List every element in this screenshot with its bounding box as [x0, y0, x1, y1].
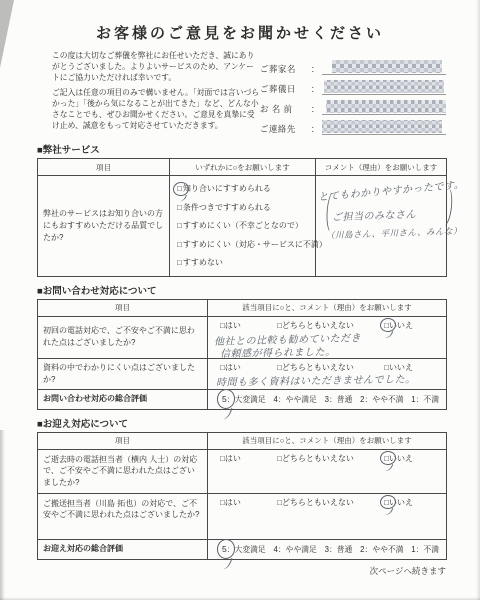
question-text: 弊社のサービスはお知り合いの方にもおすすめいただける品質でしたか? — [38, 176, 170, 277]
checkbox-icon: □ — [177, 221, 182, 230]
table-header-row: 項目 該当項目に○と、コメント（理由）をお願いします — [38, 432, 447, 449]
option-no-recommend: □すすめない — [177, 257, 315, 276]
rating-scale-text: ：大変満足 4：やや満足 3：普通 2：やや不満 1：不満 — [227, 395, 439, 404]
field-colon: ： — [311, 63, 320, 75]
page-title: お客様のご意見をお聞かせください — [0, 0, 480, 43]
handwritten-comment-line: 信頼感が得られました。 — [220, 343, 336, 360]
col-header-answer: 該当項目に○と、コメント（理由）をお願いします — [208, 299, 447, 316]
header-block: この度は大切なご葬儀を弊社にお任せいただき、誠にありがとうございました。よりよい… — [52, 51, 446, 136]
col-header-item: 項目 — [38, 159, 170, 176]
choice-row: □はい □どちらともいえない □いいえ — [208, 450, 446, 464]
option-label: すすめにくい（不幸ごとなので） — [183, 221, 303, 230]
checkbox-icon: □ — [177, 240, 182, 249]
field-name: お 名 前 ： — [260, 95, 446, 115]
scan-left-edge — [0, 430, 5, 600]
field-family-name: ご葬家名 ： — [260, 55, 446, 75]
option-label: 条件つきですすめられる — [183, 203, 271, 212]
pickup-response-table: 項目 該当項目に○と、コメント（理由）をお願いします ご逝去時の電話担当者（横内… — [37, 432, 447, 560]
option-list: □知り合いにすすめられる □条件つきですすめられる □すすめにくい（不幸ごとなの… — [170, 176, 316, 277]
section-title: ■弊社サービス — [37, 142, 446, 156]
question-text: 初回の電話対応で、ご不安やご不満に思われた点はございましたか? — [38, 316, 208, 358]
scanned-survey-page: お客様のご意見をお聞かせください この度は大切なご葬儀を弊社にお任せいただき、誠… — [0, 0, 480, 600]
checkbox-icon: □ — [177, 184, 182, 193]
table-row: ご逝去時の電話担当者（横内 人士）の対応で、ご不安やご不満に思われた点はございま… — [38, 449, 447, 493]
answer-cell: □はい □どちらともいえない □いいえ 時間も多く資料はいただきませんでした。 — [208, 358, 447, 389]
option-label: すすめにくい（対応・サービスに不満） — [183, 240, 327, 249]
continue-note: 次ページへ続きます — [37, 565, 446, 577]
table-row: 弊社のサービスはお知り合いの方にもおすすめいただける品質でしたか? □知り合いに… — [38, 176, 447, 277]
rating-scale: 5：大変満足 4：やや満足 3：普通 2：やや不満 1：不満 — [208, 389, 447, 409]
handwritten-paren-close: ） — [445, 176, 461, 240]
question-text: 資料の中でわかりにくい点はございましたか? — [38, 358, 208, 389]
answer-cell: □はい □どちらともいえない □いいえ — [208, 493, 447, 539]
choice-row: □はい □どちらともいえない □いいえ — [208, 317, 446, 331]
comment-cell: とてもわかりやすかったです。 （ ご担当のみなさん （川島さん、平川さん、みんな… — [316, 176, 447, 277]
rating-label: お問い合わせ対応の総合評価 — [38, 389, 208, 409]
choice-no: □いいえ — [384, 453, 413, 464]
section-title: ■お迎え対応について — [37, 416, 446, 430]
customer-info-fields: ご葬家名 ： ご葬儀日 ： お 名 前 ： ご連絡先 ： — [260, 51, 446, 136]
redacted-value — [326, 100, 446, 113]
field-value-line — [322, 119, 446, 135]
col-header-comment: コメント（理由）をお願いします — [316, 159, 447, 176]
table-row: ご搬送担当者（川島 拓也）の対応で、ご不安やご不満に思われた点はございましたか?… — [38, 493, 447, 539]
redacted-value — [324, 80, 444, 93]
rating-selected-number: 5 — [222, 394, 227, 404]
intro-paragraph-2: ご記入は任意の項目のみで構いません。「対面では言いづらかった」「後から気になるこ… — [52, 88, 260, 131]
col-header-answer: 該当項目に○と、コメント（理由）をお願いします — [208, 432, 447, 449]
choice-neutral: □どちらともいえない — [277, 453, 354, 464]
choice-neutral: □どちらともいえない — [277, 497, 354, 508]
handwritten-comment-line: （川島さん、平川さん、みんな） — [326, 225, 462, 242]
choice-yes: □はい — [220, 320, 241, 331]
table-header-row: 項目 いずれかに○をお願いします コメント（理由）をお願いします — [38, 159, 447, 176]
field-value-line — [322, 99, 446, 115]
option-recommend: □知り合いにすすめられる — [177, 183, 315, 202]
handwritten-comment-line: 時間も多く資料はいただきませんでした。 — [216, 370, 416, 388]
field-value-line — [322, 59, 446, 75]
field-label: ご葬家名 — [260, 63, 308, 75]
rating-row: お問い合わせ対応の総合評価 5：大変満足 4：やや満足 3：普通 2：やや不満 … — [38, 389, 447, 409]
rating-scale-text: ：大変満足 4：やや満足 3：普通 2：やや不満 1：不満 — [227, 545, 439, 554]
answer-cell: □はい □どちらともいえない □いいえ 他社との比較も勧めていただき 信頼感が得… — [208, 316, 447, 358]
table-header-row: 項目 該当項目に○と、コメント（理由）をお願いします — [38, 299, 447, 316]
checkbox-icon: □ — [177, 258, 182, 267]
rating-row: お迎え対応の総合評価 5：大変満足 4：やや満足 3：普通 2：やや不満 1：不… — [38, 539, 447, 559]
section-pickup-response: ■お迎え対応について 項目 該当項目に○と、コメント（理由）をお願いします ご逝… — [37, 416, 446, 560]
redacted-value — [322, 120, 442, 133]
choice-no: □いいえ — [384, 320, 413, 331]
field-colon: ： — [311, 123, 320, 135]
option-hard-misfortune: □すすめにくい（不幸ごとなので） — [177, 220, 315, 239]
field-value-line — [322, 79, 446, 95]
rating-label: お迎え対応の総合評価 — [38, 539, 208, 559]
field-label: お 名 前 — [260, 103, 308, 115]
section-title: ■お問い合わせ対応について — [37, 283, 446, 297]
choice-row: □はい □どちらともいえない □いいえ — [208, 494, 446, 508]
scan-right-edge — [476, 0, 480, 600]
rating-scale: 5：大変満足 4：やや満足 3：普通 2：やや不満 1：不満 — [208, 539, 447, 559]
table-row: 資料の中でわかりにくい点はございましたか? □はい □どちらともいえない □いい… — [38, 358, 447, 389]
field-label: ご連絡先 — [260, 123, 308, 135]
field-label: ご葬儀日 — [260, 83, 308, 95]
field-colon: ： — [311, 83, 320, 95]
answer-cell: □はい □どちらともいえない □いいえ — [208, 449, 447, 493]
checkbox-icon: □ — [177, 203, 182, 212]
inquiry-response-table: 項目 該当項目に○と、コメント（理由）をお願いします 初回の電話対応で、ご不安や… — [37, 299, 447, 410]
checkbox-icon: □ — [384, 498, 389, 507]
intro-text: この度は大切なご葬儀を弊社にお任せいただき、誠にありがとうございました。よりよい… — [52, 51, 260, 136]
option-label: 知り合いにすすめられる — [183, 184, 271, 193]
handwritten-comment-line: ご担当のみなさん — [332, 206, 416, 224]
checkbox-icon: □ — [384, 454, 389, 463]
rating-selected-number: 5 — [222, 544, 227, 554]
intro-paragraph-1: この度は大切なご葬儀を弊社にお任せいただき、誠にありがとうございました。よりよい… — [52, 51, 260, 83]
checkbox-icon: □ — [384, 321, 389, 330]
choice-no: □いいえ — [384, 497, 413, 508]
option-hard-dissatisfied: □すすめにくい（対応・サービスに不満） — [177, 239, 315, 258]
choice-yes: □はい — [220, 497, 241, 508]
redacted-value — [332, 60, 442, 73]
field-colon: ： — [311, 103, 320, 115]
option-conditional: □条件つきですすめられる — [177, 202, 315, 221]
option-label: すすめない — [183, 258, 223, 267]
section-inquiry-response: ■お問い合わせ対応について 項目 該当項目に○と、コメント（理由）をお願いします… — [37, 283, 446, 410]
question-text: ご逝去時の電話担当者（横内 人士）の対応で、ご不安やご不満に思われた点はございま… — [38, 449, 208, 493]
choice-yes: □はい — [220, 362, 241, 373]
handwritten-comment-line: とてもわかりやすかったです。 — [318, 176, 465, 204]
field-funeral-date: ご葬儀日 ： — [260, 75, 446, 95]
col-header-item: 項目 — [38, 299, 208, 316]
company-service-table: 項目 いずれかに○をお願いします コメント（理由）をお願いします 弊社のサービス… — [37, 158, 447, 277]
choice-yes: □はい — [220, 453, 241, 464]
col-header-item: 項目 — [38, 432, 208, 449]
table-row: 初回の電話対応で、ご不安やご不満に思われた点はございましたか? □はい □どちら… — [38, 316, 447, 358]
field-contact: ご連絡先 ： — [260, 115, 446, 135]
section-company-service: ■弊社サービス 項目 いずれかに○をお願いします コメント（理由）をお願いします… — [37, 142, 446, 277]
question-text: ご搬送担当者（川島 拓也）の対応で、ご不安やご不満に思われた点はございましたか? — [38, 493, 208, 539]
col-header-choice: いずれかに○をお願いします — [170, 159, 316, 176]
